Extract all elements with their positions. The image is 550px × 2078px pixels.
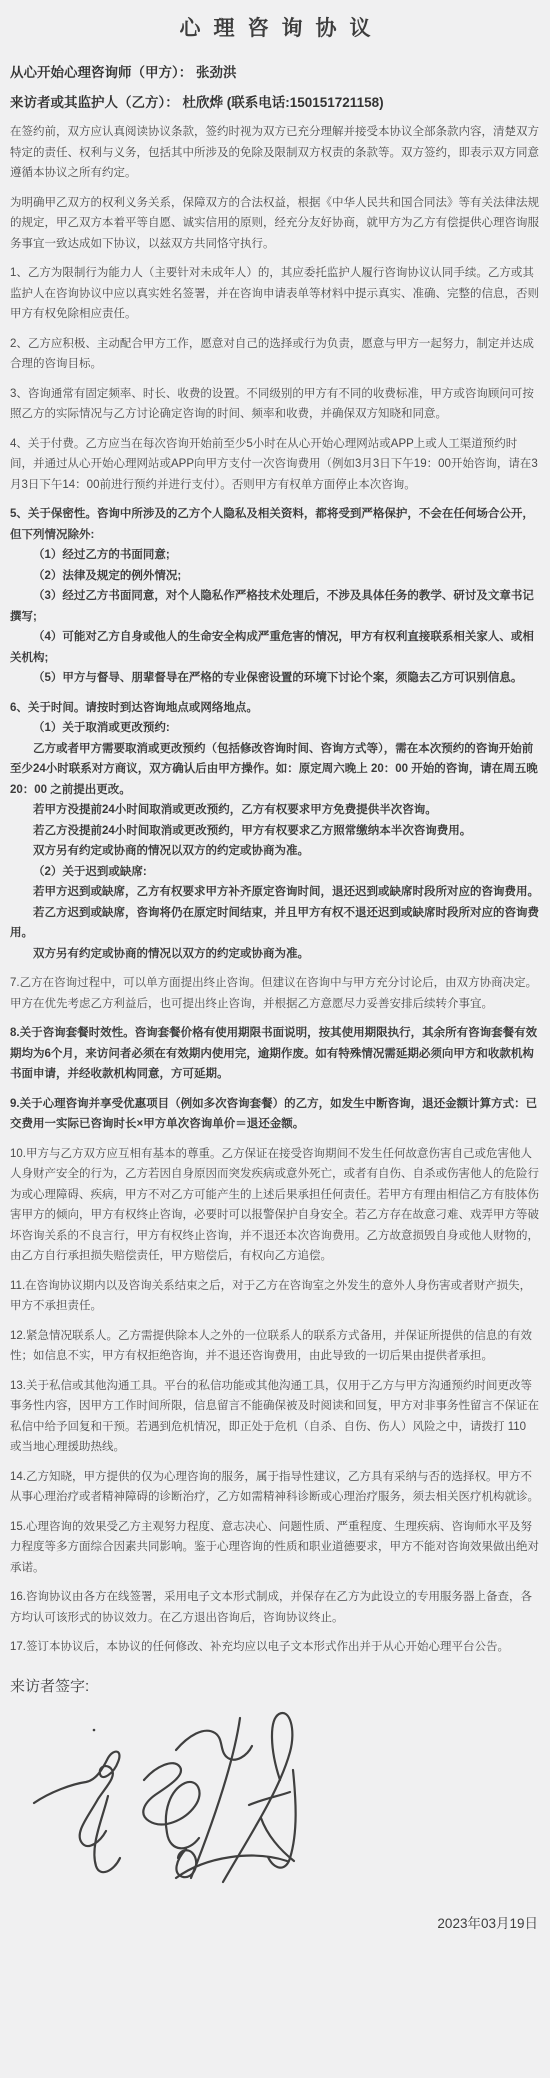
clause-paragraph: 10.甲方与乙方双方应互相有基本的尊重。乙方保证在接受咨询期间不发生任何故意伤害… (10, 1144, 540, 1267)
clause-paragraph: 2、乙方应积极、主动配合甲方工作，愿意对自己的选择或行为负责，愿意与甲方一起努力… (10, 334, 540, 375)
clause-paragraph: 双方另有约定或协商的情况以双方的约定或协商为准。 (10, 841, 540, 862)
clause-paragraph: 8.关于咨询套餐时效性。咨询套餐价格有使用期限书面说明，按其使用期限执行，其余所… (10, 1023, 540, 1085)
clause-paragraph: 若乙方没提前24小时间取消或更改预约，甲方有权要求乙方照常缴纳本半次咨询费用。 (10, 821, 540, 842)
clause-paragraph: （2）关于迟到或缺席: (10, 862, 540, 883)
clause-paragraph: 为明确甲乙双方的权利义务关系，保障双方的合法权益，根据《中华人民共和国合同法》等… (10, 193, 540, 255)
page-title: 心理咨询协议 (10, 14, 540, 44)
signature-image (28, 1708, 300, 1900)
signature-label: 来访者签字: (10, 1676, 540, 1698)
clause-paragraph: 若甲方没提前24小时间取消或更改预约，乙方有权要求甲方免费提供半次咨询。 (10, 800, 540, 821)
clause-paragraph: 4、关于付费。乙方应当在每次咨询开始前至少5小时在从心开始心理网站或APP上或人… (10, 434, 540, 496)
clause-paragraph: （3）经过乙方书面同意，对个人隐私作严格技术处理后，不涉及具体任务的教学、研讨及… (10, 586, 540, 627)
clause-paragraph: 17.签订本协议后，本协议的任何修改、补充均应以电子文本形式作出并于从心开始心理… (10, 1637, 540, 1658)
party-b-line: 来访者或其监护人（乙方）： 杜欣烨 (联系电话:150151721158) (10, 92, 540, 113)
clause-paragraph: 16.咨询协议由各方在线签署，采用电子文本形式制成，并保存在乙方为此设立的专用服… (10, 1587, 540, 1628)
clause-paragraph: （2）法律及规定的例外情况; (10, 566, 540, 587)
clause-paragraph: （5）甲方与督导、朋辈督导在严格的专业保密设置的环境下讨论个案，须隐去乙方可识别… (10, 668, 540, 689)
clause-paragraph: 11.在咨询协议期内以及咨询关系结束之后，对于乙方在咨询室之外发生的意外人身伤害… (10, 1276, 540, 1317)
clause-paragraph: （4）可能对乙方自身或他人的生命安全构成严重危害的情况，甲方有权利直接联系相关家… (10, 627, 540, 668)
clause-paragraph: 15.心理咨询的效果受乙方主观努力程度、意志决心、问题性质、严重程度、生理疾病、… (10, 1517, 540, 1579)
clause-paragraph: 6、关于时间。请按时到达咨询地点或网络地点。 (10, 698, 540, 719)
agreement-document: 心理咨询协议 从心开始心理咨询师（甲方）： 张劲洪 来访者或其监护人（乙方）： … (0, 0, 550, 1934)
clause-paragraph: 13.关于私信或其他沟通工具。平台的私信功能或其他沟通工具，仅用于乙方与甲方沟通… (10, 1376, 540, 1458)
clause-paragraph: 乙方或者甲方需要取消或更改预约（包括修改咨询时间、咨询方式等），需在本次预约的咨… (10, 739, 540, 801)
clauses-container: 在签约前，双方应认真阅读协议条款，签约时视为双方已充分理解并接受本协议全部条款内… (10, 122, 540, 1658)
clause-paragraph: 若乙方迟到或缺席，咨询将仍在原定时间结束，并且甲方有权不退还迟到或缺席时段所对应… (10, 903, 540, 944)
clause-paragraph: 12.紧急情况联系人。乙方需提供除本人之外的一位联系人的联系方式备用，并保证所提… (10, 1326, 540, 1367)
clause-paragraph: 9.关于心理咨询并享受优惠项目（例如多次咨询套餐）的乙方，如发生中断咨询，退还金… (10, 1094, 540, 1135)
clause-paragraph: 1、乙方为限制行为能力人（主要针对未成年人）的，其应委托监护人履行咨询协议认同手… (10, 263, 540, 325)
party-a-line: 从心开始心理咨询师（甲方）： 张劲洪 (10, 62, 540, 83)
clause-paragraph: 若甲方迟到或缺席，乙方有权要求甲方补齐原定咨询时间，退还迟到或缺席时段所对应的咨… (10, 882, 540, 903)
clause-paragraph: 5、关于保密性。咨询中所涉及的乙方个人隐私及相关资料，都将受到严格保护，不会在任… (10, 504, 540, 545)
clause-paragraph: 14.乙方知晓，甲方提供的仅为心理咨询的服务，属于指导性建议，乙方具有采纳与否的… (10, 1467, 540, 1508)
visitor-signature (28, 1708, 300, 1900)
clause-paragraph: （1）关于取消或更改预约: (10, 718, 540, 739)
clause-paragraph: （1）经过乙方的书面同意; (10, 545, 540, 566)
signature-date: 2023年03月19日 (10, 1914, 538, 1934)
clause-paragraph: 7.乙方在咨询过程中，可以单方面提出终止咨询。但建议在咨询中与甲方充分讨论后，由… (10, 973, 540, 1014)
clause-paragraph: 双方另有约定或协商的情况以双方的约定或协商为准。 (10, 944, 540, 965)
clause-paragraph: 3、咨询通常有固定频率、时长、收费的设置。不同级别的甲方有不同的收费标准，甲方或… (10, 384, 540, 425)
clause-paragraph: 在签约前，双方应认真阅读协议条款，签约时视为双方已充分理解并接受本协议全部条款内… (10, 122, 540, 184)
